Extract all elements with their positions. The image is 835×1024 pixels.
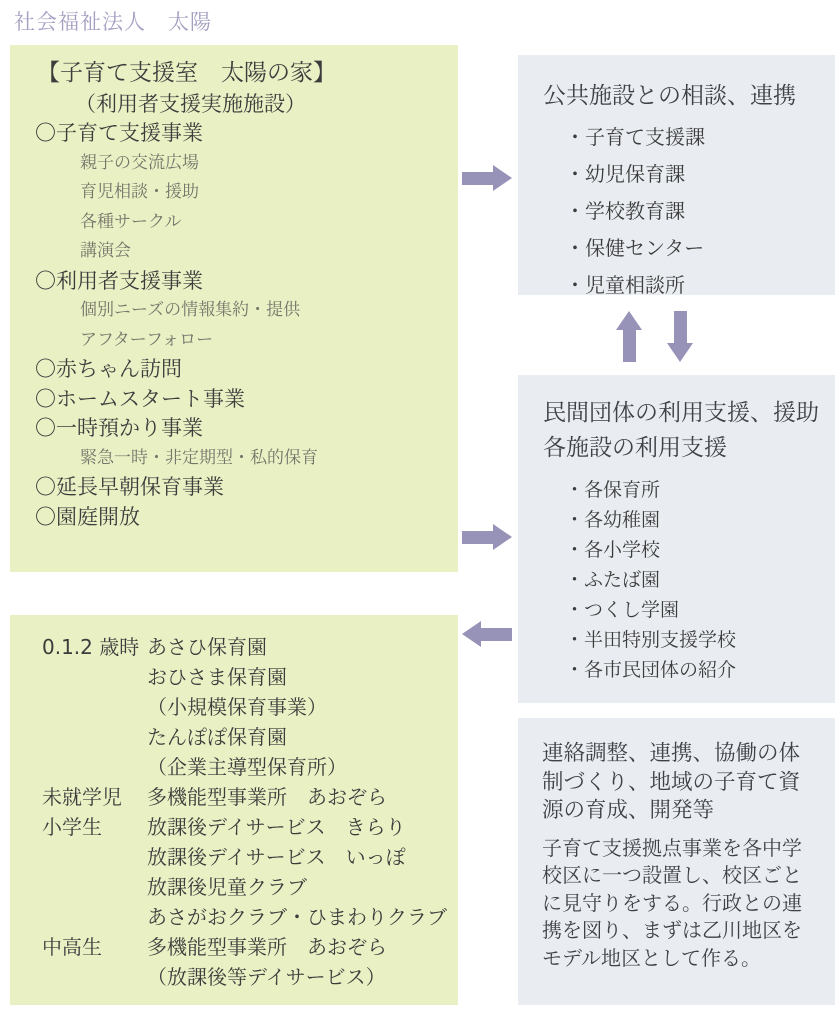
arrow-left-icon xyxy=(462,621,512,648)
arrow-shaft xyxy=(674,311,687,344)
facility-name: 放課後デイサービス いっぽ xyxy=(147,842,454,872)
facility-row: （放課後等デイサービス） xyxy=(42,962,454,992)
private-orgs-list: ・各保育所 ・各幼稚園 ・各小学校 ・ふたば園 ・つくし学園 ・半田特別支援学校… xyxy=(565,475,827,685)
support-room-item: アフターフォロー xyxy=(80,326,452,356)
support-room-item: 個別ニーズの情報集約・提供 xyxy=(80,296,452,326)
arrow-down-icon xyxy=(667,311,694,362)
coordination-description: 子育て支援拠点事業を各中学 校区に一つ設置し、校区ごと に見守りをする。行政との… xyxy=(542,835,813,973)
public-facilities-box: 公共施設との相談、連携 ・子育て支援課 ・幼児保育課 ・学校教育課 ・保健センタ… xyxy=(518,55,835,295)
coordination-heading: 連絡調整、連携、協働の体 制づくり、地域の子育て資 源の育成、開発等 xyxy=(542,740,813,826)
facility-row: たんぽぽ保育園 xyxy=(42,722,454,752)
support-room-heading: 【子育て支援室 太陽の家】 xyxy=(37,57,452,89)
coordination-box: 連絡調整、連携、協働の体 制づくり、地域の子育て資 源の育成、開発等 子育て支援… xyxy=(518,718,835,1005)
facility-row: 0.1.2 歳時 あさひ保育園 xyxy=(42,632,454,662)
facility-row: 小学生 放課後デイサービス きらり xyxy=(42,812,454,842)
public-facilities-list: ・子育て支援課 ・幼児保育課 ・学校教育課 ・保健センター ・児童相談所 xyxy=(565,119,827,304)
age-group-label xyxy=(42,902,147,932)
age-group-label xyxy=(42,962,147,992)
support-room-item: 育児相談・援助 xyxy=(80,178,452,208)
facility-row: （小規模保育事業） xyxy=(42,692,454,722)
age-group-label xyxy=(42,662,147,692)
support-room-item: 緊急一時・非定期型・私的保育 xyxy=(80,444,452,474)
facility-name: （企業主導型保育所） xyxy=(147,752,454,782)
support-room-box: 【子育て支援室 太陽の家】 （利用者支援実施施設） 〇子育て支援事業 親子の交流… xyxy=(10,45,458,572)
facility-row: 放課後デイサービス いっぽ xyxy=(42,842,454,872)
facility-row: 中高生 多機能型事業所 あおぞら xyxy=(42,932,454,962)
public-facilities-heading: 公共施設との相談、連携 xyxy=(543,81,827,111)
facility-row: （企業主導型保育所） xyxy=(42,752,454,782)
arrow-head xyxy=(493,165,512,191)
private-orgs-heading: 民間団体の利用支援、援助 各施設の利用支援 xyxy=(543,396,827,466)
facility-row: 放課後児童クラブ xyxy=(42,872,454,902)
arrow-up-icon xyxy=(616,311,643,362)
list-item: ・児童相談所 xyxy=(565,267,827,304)
facility-name: あさひ保育園 xyxy=(147,632,454,662)
age-group-label: 未就学児 xyxy=(42,782,147,812)
facility-row: おひさま保育園 xyxy=(42,662,454,692)
facility-name: 放課後児童クラブ xyxy=(147,872,454,902)
arrow-shaft xyxy=(623,329,636,362)
list-item: ・各市民団体の紹介 xyxy=(565,655,827,685)
arrow-head xyxy=(667,343,693,362)
arrow-right-icon xyxy=(462,524,512,551)
facility-name: 多機能型事業所 あおぞら xyxy=(147,932,454,962)
arrow-shaft xyxy=(481,628,512,641)
age-group-label xyxy=(42,752,147,782)
facility-name: （放課後等デイサービス） xyxy=(147,962,454,992)
facility-name: おひさま保育園 xyxy=(147,662,454,692)
org-title: 社会福祉法人 太陽 xyxy=(14,6,212,36)
facility-name: （小規模保育事業） xyxy=(147,692,454,722)
age-group-label xyxy=(42,872,147,902)
list-item: ・子育て支援課 xyxy=(565,119,827,156)
list-item: ・つくし学園 xyxy=(565,595,827,625)
age-group-label xyxy=(42,692,147,722)
age-group-label xyxy=(42,842,147,872)
support-room-item: 〇ホームスタート事業 xyxy=(35,385,452,415)
support-room-item: 〇一時預かり事業 xyxy=(35,414,452,444)
arrow-shaft xyxy=(462,172,493,185)
list-item: ・半田特別支援学校 xyxy=(565,625,827,655)
facility-name: 多機能型事業所 あおぞら xyxy=(147,782,454,812)
age-group-label: 0.1.2 歳時 xyxy=(42,632,147,662)
arrow-shaft xyxy=(462,531,493,544)
list-item: ・各幼稚園 xyxy=(565,505,827,535)
support-room-item: 〇子育て支援事業 xyxy=(35,119,452,149)
support-room-subheading: （利用者支援実施施設） xyxy=(75,89,452,119)
age-group-label: 中高生 xyxy=(42,932,147,962)
facility-name: あさがおクラブ・ひまわりクラブ xyxy=(147,902,454,932)
facility-name: たんぽぽ保育園 xyxy=(147,722,454,752)
list-item: ・幼児保育課 xyxy=(565,156,827,193)
age-group-label xyxy=(42,722,147,752)
arrow-head xyxy=(493,524,512,550)
support-room-item: 講演会 xyxy=(80,237,452,267)
list-item: ・各保育所 xyxy=(565,475,827,505)
list-item: ・保健センター xyxy=(565,230,827,267)
arrow-head xyxy=(462,621,481,647)
facility-row: あさがおクラブ・ひまわりクラブ xyxy=(42,902,454,932)
support-room-item-list: 〇子育て支援事業 親子の交流広場 育児相談・援助 各種サークル 講演会 〇利用者… xyxy=(35,119,452,532)
arrow-right-icon xyxy=(462,165,512,192)
facilities-by-age-box: 0.1.2 歳時 あさひ保育園 おひさま保育園 （小規模保育事業） たんぽぽ保育… xyxy=(10,615,458,1005)
support-room-item: 親子の交流広場 xyxy=(80,149,452,179)
support-room-item: 〇延長早朝保育事業 xyxy=(35,473,452,503)
support-room-item: 各種サークル xyxy=(80,208,452,238)
age-group-label: 小学生 xyxy=(42,812,147,842)
list-item: ・各小学校 xyxy=(565,535,827,565)
list-item: ・ふたば園 xyxy=(565,565,827,595)
list-item: ・学校教育課 xyxy=(565,193,827,230)
facility-name: 放課後デイサービス きらり xyxy=(147,812,454,842)
arrow-head xyxy=(616,311,642,330)
support-room-item: 〇利用者支援事業 xyxy=(35,267,452,297)
support-room-item: 〇赤ちゃん訪問 xyxy=(35,355,452,385)
facility-row: 未就学児 多機能型事業所 あおぞら xyxy=(42,782,454,812)
private-orgs-box: 民間団体の利用支援、援助 各施設の利用支援 ・各保育所 ・各幼稚園 ・各小学校 … xyxy=(518,375,835,703)
support-room-item: 〇園庭開放 xyxy=(35,503,452,533)
